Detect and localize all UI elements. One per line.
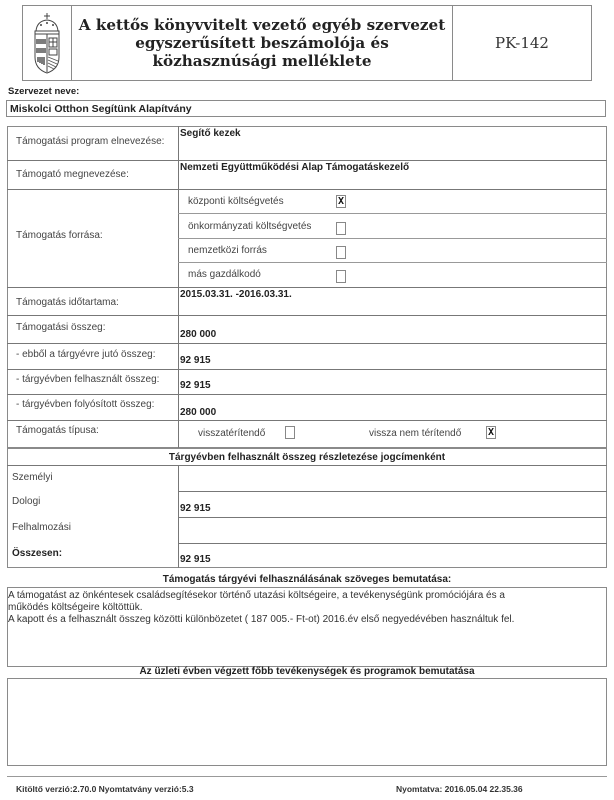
supporter-name-value[interactable]: Nemzeti Együttműködési Alap Támogatáskez… [180, 162, 409, 173]
organization-name-field[interactable]: Miskolci Otthon Segítünk Alapítvány [6, 100, 606, 117]
usage-description-line: A kapott és a felhasznált összeg közötti… [8, 614, 514, 625]
logo-cell [23, 6, 72, 80]
support-source-label: Támogatás forrása: [16, 230, 103, 241]
amount-current-year-value[interactable]: 92 915 [180, 355, 211, 366]
breakdown-personnel-label: Személyi [12, 472, 53, 483]
coat-of-arms-icon [31, 11, 63, 75]
row-divider [7, 343, 607, 344]
form-code: PK-142 [452, 6, 591, 80]
breakdown-material-value[interactable]: 92 915 [180, 503, 211, 514]
bottom-rule [7, 776, 607, 777]
amount-value[interactable]: 280 000 [180, 329, 216, 340]
type-refundable-checkbox[interactable] [285, 426, 295, 439]
row-divider [178, 491, 607, 492]
amount-used-label: - tárgyévben felhasznált összeg: [16, 374, 159, 385]
amount-used-value[interactable]: 92 915 [180, 380, 211, 391]
program-name-label: Támogatási program elnevezése: [16, 136, 164, 147]
program-name-value[interactable]: Segítő kezek [180, 128, 241, 139]
usage-description-line: működés költségeire költöttük. [8, 602, 143, 613]
breakdown-total-value[interactable]: 92 915 [180, 554, 211, 565]
organization-label: Szervezet neve: [8, 86, 79, 97]
row-divider [178, 213, 607, 214]
form-title: A kettős könyvvitelt vezető egyéb szerve… [72, 6, 452, 80]
row-divider [7, 189, 607, 190]
usage-description-field[interactable]: A támogatást az önkéntesek családsegítés… [7, 587, 607, 667]
row-divider [178, 238, 607, 239]
source-international-checkbox[interactable] [336, 246, 346, 259]
amount-disbursed-label: - tárgyévben folyósított összeg: [16, 399, 154, 410]
row-divider [7, 420, 607, 421]
usage-description-line: A támogatást az önkéntesek családsegítés… [8, 590, 505, 601]
type-option-label: visszatérítendő [198, 428, 265, 439]
row-divider [7, 160, 607, 161]
row-divider [178, 517, 607, 518]
duration-label: Támogatás időtartama: [16, 297, 119, 308]
row-divider [7, 465, 607, 466]
form-title-line2: egyszerűsített beszámolója és közhasznús… [72, 34, 452, 70]
form-header: A kettős könyvvitelt vezető egyéb szerve… [22, 5, 592, 81]
source-option-label: önkormányzati költségvetés [188, 221, 311, 232]
duration-value[interactable]: 2015.03.31. -2016.03.31. [180, 289, 292, 300]
activities-field[interactable] [7, 678, 607, 766]
support-type-label: Támogatás típusa: [16, 425, 99, 436]
activities-title: Az üzleti évben végzett főbb tevékenység… [7, 666, 607, 677]
row-divider [7, 394, 607, 395]
amount-current-year-label: - ebből a tárgyévre jutó összeg: [16, 349, 156, 360]
amount-disbursed-value[interactable]: 280 000 [180, 407, 216, 418]
type-option-label: vissza nem térítendő [369, 428, 461, 439]
breakdown-title: Tárgyévben felhasznált összeg részletezé… [7, 452, 607, 463]
row-divider [178, 262, 607, 263]
breakdown-capital-label: Felhalmozási [12, 522, 71, 533]
breakdown-total-label: Összesen: [12, 548, 62, 559]
usage-description-title: Támogatás tárgyévi felhasználásának szöv… [7, 574, 607, 585]
type-non-refundable-checkbox[interactable]: X [486, 426, 496, 439]
row-divider [7, 369, 607, 370]
source-option-label: központi költségvetés [188, 196, 284, 207]
footer-versions: Kitöltő verzió:2.70.0 Nyomtatvány verzió… [16, 784, 194, 794]
source-option-label: nemzetközi forrás [188, 245, 267, 256]
source-central-budget-checkbox[interactable]: X [336, 195, 346, 208]
organization-name-value: Miskolci Otthon Segítünk Alapítvány [10, 103, 192, 115]
amount-label: Támogatási összeg: [16, 322, 106, 333]
source-local-budget-checkbox[interactable] [336, 222, 346, 235]
source-option-label: más gazdálkodó [188, 269, 261, 280]
supporter-name-label: Támogató megnevezése: [16, 169, 129, 180]
row-divider [7, 315, 607, 316]
breakdown-table [7, 448, 607, 568]
form-title-line1: A kettős könyvvitelt vezető egyéb szerve… [79, 16, 445, 34]
footer-printed-timestamp: Nyomtatva: 2016.05.04 22.35.36 [396, 784, 523, 794]
row-divider [7, 287, 607, 288]
source-other-business-checkbox[interactable] [336, 270, 346, 283]
row-divider [178, 543, 607, 544]
breakdown-material-label: Dologi [12, 496, 40, 507]
